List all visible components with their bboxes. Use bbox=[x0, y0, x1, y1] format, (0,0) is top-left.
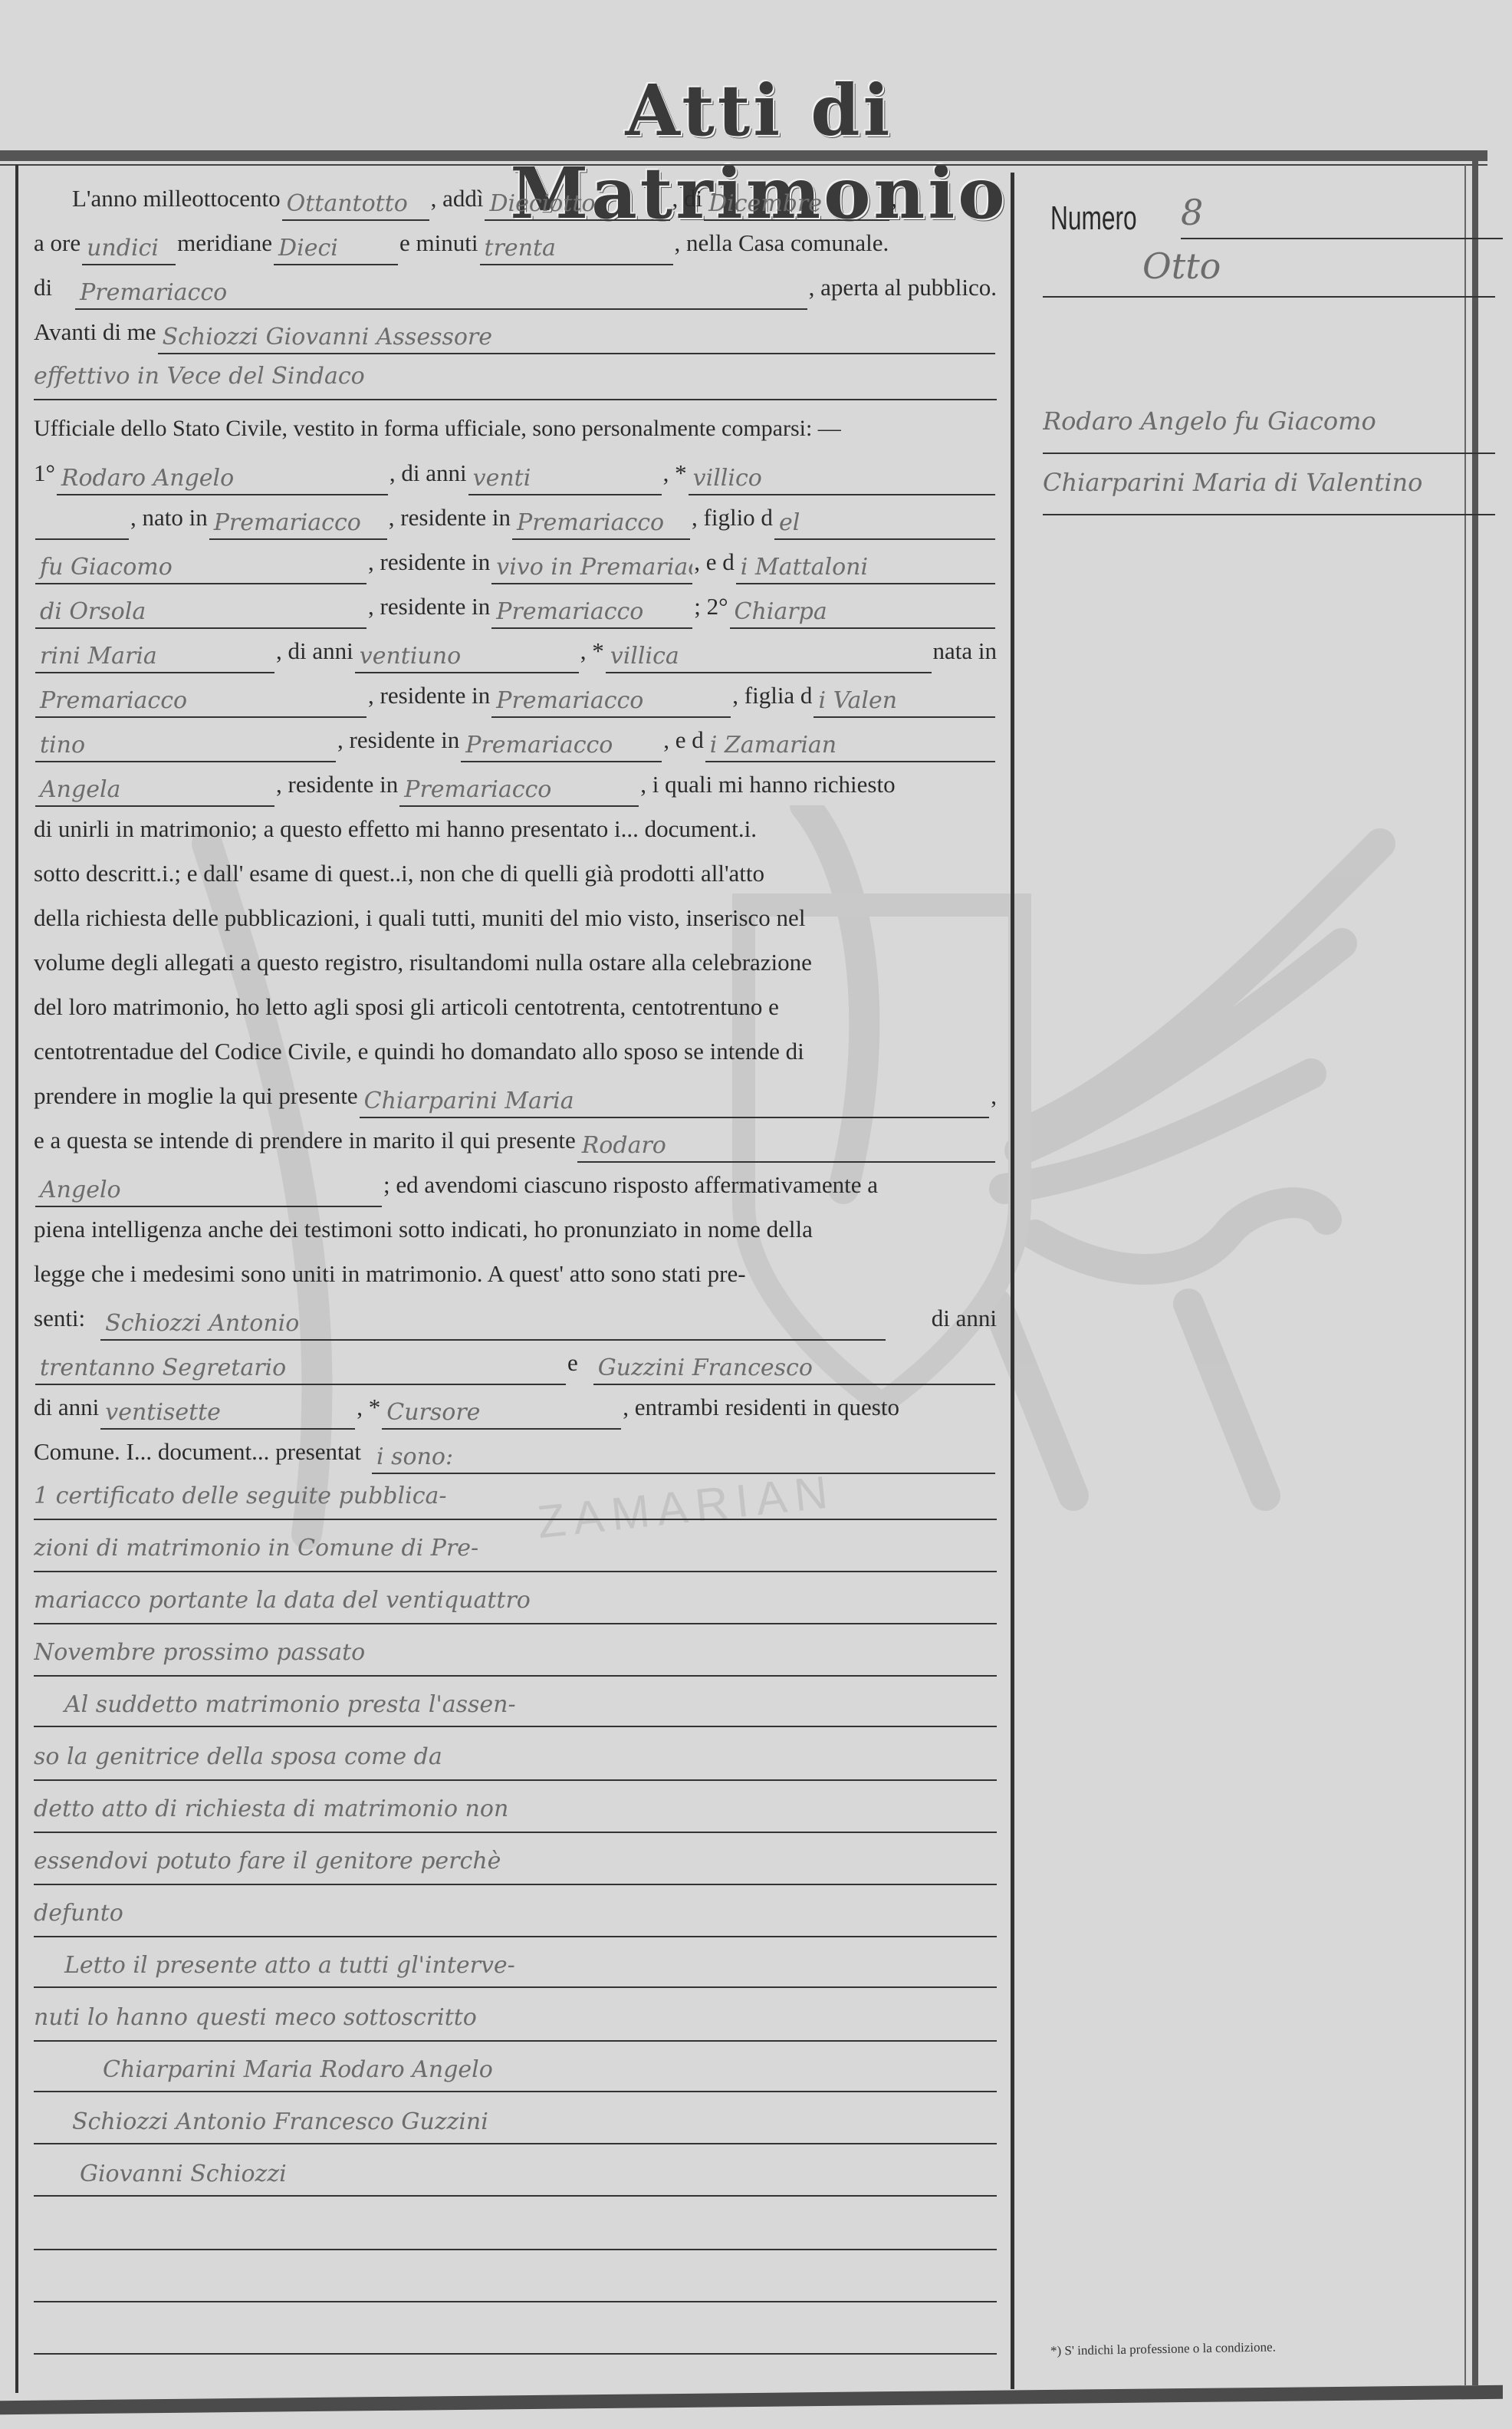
label-born: , nato in bbox=[130, 495, 208, 540]
field-bride-present[interactable]: Chiarparini Maria bbox=[360, 1086, 990, 1118]
printed-text: sotto descritt.i.; e dall' esame di ques… bbox=[34, 851, 764, 896]
form-line-witness1: senti: Schiozzi Antonio di anni bbox=[34, 1296, 997, 1341]
field-officer[interactable]: Schiozzi Giovanni Assessore bbox=[158, 322, 995, 354]
field-bride-resident[interactable]: Premariacco bbox=[491, 686, 731, 718]
note-line[interactable]: nuti lo hanno questi meco sottoscritto bbox=[34, 1996, 997, 2042]
margin-groom-name[interactable]: Rodaro Angelo fu Giacomo bbox=[1043, 406, 1495, 454]
field-witness2[interactable]: Guzzini Francesco bbox=[593, 1353, 995, 1385]
form-text-line: legge che i medesimi sono uniti in matri… bbox=[34, 1252, 997, 1296]
label-town-hall: , nella Casa comunale. bbox=[675, 221, 889, 265]
field-groom-mother[interactable]: di Orsola bbox=[35, 597, 366, 629]
field-month[interactable]: Dicembre bbox=[704, 189, 889, 221]
field-groom-resident[interactable]: Premariacco bbox=[512, 508, 690, 540]
field-meridian[interactable]: Dieci bbox=[274, 233, 398, 265]
label-month: , di bbox=[672, 176, 702, 221]
field-bride-name-a[interactable]: Chiarpa bbox=[730, 597, 995, 629]
form-line-bride-birth: Premariacco , residente in Premariacco ,… bbox=[34, 673, 997, 718]
form-line-bride: rini Maria , di anni ventiuno , * villic… bbox=[34, 629, 997, 673]
label-resident: , residente in bbox=[368, 673, 490, 718]
form-line-bride-consent: prendere in moglie la qui presente Chiar… bbox=[34, 1074, 997, 1118]
field-day[interactable]: Dieciotto bbox=[485, 189, 670, 221]
label-officer-role: Ufficiale dello Stato Civile, vestito in… bbox=[34, 406, 841, 451]
label-resident: , residente in bbox=[368, 540, 490, 584]
field-groom-mother-resident[interactable]: Premariacco bbox=[491, 597, 692, 629]
note-line[interactable]: mariacco portante la data del ventiquatt… bbox=[34, 1578, 997, 1624]
label-resident: , residente in bbox=[389, 495, 511, 540]
field-blank[interactable] bbox=[35, 508, 129, 540]
label-resident: , residente in bbox=[337, 718, 459, 762]
frame-border-top-inner bbox=[0, 164, 1487, 166]
note-line-empty[interactable] bbox=[34, 2256, 997, 2302]
signature-witnesses[interactable]: Schiozzi Antonio Francesco Guzzini bbox=[34, 2100, 997, 2144]
note-line[interactable]: detto atto di richiesta di matrimonio no… bbox=[34, 1787, 997, 1833]
field-documents[interactable]: i sono: bbox=[372, 1442, 995, 1474]
field-groom-mother-a[interactable]: i Mattaloni bbox=[736, 552, 995, 584]
comma: , bbox=[991, 1074, 997, 1118]
form-line-affirm: Angelo ; ed avendomi ciascuno risposto a… bbox=[34, 1163, 997, 1207]
label-age: di anni bbox=[932, 1296, 997, 1341]
field-municipality[interactable]: Premariacco bbox=[75, 278, 807, 310]
field-groom-father[interactable]: fu Giacomo bbox=[35, 552, 366, 584]
field-bride-mother-a[interactable]: i Zamarian bbox=[705, 730, 995, 762]
field-bride-age[interactable]: ventiuno bbox=[355, 641, 579, 673]
label-year: L'anno milleottocento bbox=[72, 176, 281, 221]
field-groom-born[interactable]: Premariacco bbox=[209, 508, 387, 540]
field-witness1[interactable]: Schiozzi Antonio bbox=[100, 1308, 886, 1341]
footnote: *) S' indichi la professione o la condiz… bbox=[1050, 2339, 1276, 2358]
form-line-groom-father: fu Giacomo , residente in vivo in Premar… bbox=[34, 540, 997, 584]
note-line[interactable]: Al suddetto matrimonio presta l'assen- bbox=[34, 1683, 997, 1727]
form-line-groom-birth: , nato in Premariacco , residente in Pre… bbox=[34, 495, 997, 540]
field-bride-born[interactable]: Premariacco bbox=[35, 686, 366, 718]
printed-text: volume degli allegati a questo registro,… bbox=[34, 940, 812, 985]
label-affirmed: ; ed avendomi ciascuno risposto affermat… bbox=[383, 1163, 878, 1207]
label-open-public: , aperta al pubblico. bbox=[809, 265, 997, 310]
form-text-line: della richiesta delle pubblicazioni, i q… bbox=[34, 896, 997, 940]
label-second: ; 2° bbox=[694, 584, 728, 629]
form-line-witness2: trentanno Segretario e Guzzini Francesco bbox=[34, 1341, 997, 1385]
note-line[interactable]: zioni di matrimonio in Comune di Pre- bbox=[34, 1526, 997, 1572]
printed-text: centotrentadue del Codice Civile, e quin… bbox=[34, 1029, 804, 1074]
signature-spouses[interactable]: Chiarparini Maria Rodaro Angelo bbox=[34, 2048, 997, 2092]
field-bride-father-a[interactable]: i Valen bbox=[814, 686, 995, 718]
form-text-line: di unirli in matrimonio; a questo effett… bbox=[34, 807, 997, 851]
label-age: di anni bbox=[34, 1385, 99, 1430]
form-line-bride-father: tino , residente in Premariacco , e d i … bbox=[34, 718, 997, 762]
label-first: 1° bbox=[34, 451, 55, 495]
form-line-groom-consent: e a questa se intende di prendere in mar… bbox=[34, 1118, 997, 1163]
field-year[interactable]: Ottantotto bbox=[282, 189, 429, 221]
field-groom-present[interactable]: Rodaro bbox=[577, 1131, 995, 1163]
form-line-officer-role: Ufficiale dello Stato Civile, vestito in… bbox=[34, 406, 997, 451]
form-line-officer: Avanti di me Schiozzi Giovanni Assessore bbox=[34, 310, 997, 354]
numero-words[interactable]: Otto bbox=[1043, 245, 1495, 298]
printed-text: legge che i medesimi sono uniti in matri… bbox=[34, 1252, 746, 1296]
field-bride-father-resident[interactable]: Premariacco bbox=[461, 730, 662, 762]
label-documents-presented: Comune. I... document... presentat bbox=[34, 1430, 361, 1474]
frame-border-top bbox=[0, 150, 1487, 161]
field-groom-age[interactable]: venti bbox=[468, 463, 662, 495]
field-minutes[interactable]: trenta bbox=[480, 233, 673, 265]
label-born-f: nata in bbox=[933, 629, 998, 673]
label-and-of: , e d bbox=[694, 540, 735, 584]
form-line-place: di Premariacco , aperta al pubblico. bbox=[34, 265, 997, 310]
field-groom-present-cont[interactable]: Angelo bbox=[35, 1175, 382, 1207]
field-groom-father-a[interactable]: el bbox=[774, 508, 995, 540]
form-line-witness2-age: di anni ventisette , * Cursore , entramb… bbox=[34, 1385, 997, 1430]
note-line[interactable]: so la genitrice della sposa come da bbox=[34, 1735, 997, 1781]
form-line-time: a ore undici meridiane Dieci e minuti tr… bbox=[34, 221, 997, 265]
label-age: , di anni bbox=[276, 629, 353, 673]
field-bride-name[interactable]: rini Maria bbox=[35, 641, 274, 673]
printed-text: del loro matrimonio, ho letto agli sposi… bbox=[34, 985, 779, 1029]
label-daughter-of: , figlia d bbox=[732, 673, 812, 718]
field-bride-mother-resident[interactable]: Premariacco bbox=[399, 775, 639, 807]
note-line[interactable]: Letto il presente atto a tutti gl'interv… bbox=[34, 1944, 997, 1988]
label-profession-mark: , * bbox=[663, 451, 687, 495]
form-line-groom-mother: di Orsola , residente in Premariacco ; 2… bbox=[34, 584, 997, 629]
label-resident: , residente in bbox=[276, 762, 398, 807]
form-line-groom: 1° Rodaro Angelo , di anni venti , * vil… bbox=[34, 451, 997, 495]
column-divider bbox=[1011, 173, 1014, 2389]
label-meridian: meridiane bbox=[177, 221, 272, 265]
note-line[interactable]: defunto bbox=[34, 1891, 997, 1937]
form-line-year: L'anno milleottocento Ottantotto , addì … bbox=[34, 176, 997, 221]
label-before-me: Avanti di me bbox=[34, 310, 156, 354]
field-officer-continued[interactable]: effettivo in Vece del Sindaco bbox=[34, 354, 997, 400]
field-hour[interactable]: undici bbox=[82, 233, 176, 265]
label-minutes: e minuti bbox=[399, 221, 478, 265]
field-witness2-profession[interactable]: Cursore bbox=[382, 1397, 621, 1430]
signature-officer[interactable]: Giovanni Schiozzi bbox=[34, 2152, 997, 2197]
field-groom-profession[interactable]: villico bbox=[689, 463, 995, 495]
margin-bride-name[interactable]: Chiarparini Maria di Valentino bbox=[1043, 468, 1495, 515]
note-line[interactable]: 1 certificato delle seguite pubblica- bbox=[34, 1474, 997, 1520]
label-hour: a ore bbox=[34, 221, 81, 265]
numero-value[interactable]: 8 bbox=[1181, 192, 1503, 239]
form-text-line: volume degli allegati a questo registro,… bbox=[34, 940, 997, 985]
field-bride-profession[interactable]: villica bbox=[606, 641, 932, 673]
label-both-resident: , entrambi residenti in questo bbox=[623, 1385, 899, 1430]
field-witness2-age[interactable]: ventisette bbox=[100, 1397, 355, 1430]
label-and: e bbox=[567, 1341, 578, 1385]
label-day: , addì bbox=[431, 176, 484, 221]
frame-border-bottom bbox=[0, 2385, 1503, 2415]
label-requested: , i quali mi hanno richiesto bbox=[640, 762, 895, 807]
field-groom-father-resident[interactable]: vivo in Premariacco bbox=[491, 552, 692, 584]
form-text-line: piena intelligenza anche dei testimoni s… bbox=[34, 1207, 997, 1252]
label-take-husband: e a questa se intende di prendere in mar… bbox=[34, 1118, 576, 1163]
label-son-of: , figlio d bbox=[692, 495, 773, 540]
form-line-documents: Comune. I... document... presentat i son… bbox=[34, 1430, 997, 1474]
form-line-bride-mother: Angela , residente in Premariacco , i qu… bbox=[34, 762, 997, 807]
label-of: di bbox=[34, 265, 52, 310]
label-profession-mark: , * bbox=[580, 629, 604, 673]
printed-text: piena intelligenza anche dei testimoni s… bbox=[34, 1207, 813, 1252]
field-bride-mother[interactable]: Angela bbox=[35, 775, 274, 807]
note-line-empty[interactable] bbox=[34, 2204, 997, 2250]
field-bride-father[interactable]: tino bbox=[35, 730, 336, 762]
frame-border-left bbox=[15, 165, 18, 2393]
form-text-line: sotto descritt.i.; e dall' esame di ques… bbox=[34, 851, 997, 896]
field-witness1-age-profession[interactable]: trentanno Segretario bbox=[35, 1353, 566, 1385]
label-age: , di anni bbox=[390, 451, 467, 495]
comma: , bbox=[891, 176, 897, 221]
label-take-wife: prendere in moglie la qui presente bbox=[34, 1074, 358, 1118]
note-line-empty[interactable] bbox=[34, 2309, 997, 2355]
note-line[interactable]: essendovi potuto fare il genitore perchè bbox=[34, 1839, 997, 1885]
printed-text: della richiesta delle pubblicazioni, i q… bbox=[34, 896, 805, 940]
label-present: senti: bbox=[34, 1296, 85, 1341]
field-groom-name[interactable]: Rodaro Angelo bbox=[57, 463, 388, 495]
printed-text: di unirli in matrimonio; a questo effett… bbox=[34, 807, 757, 851]
form-text-line: centotrentadue del Codice Civile, e quin… bbox=[34, 1029, 997, 1074]
label-resident: , residente in bbox=[368, 584, 490, 629]
register-page: ZAMARIAN Atti di Matrimonio L'anno mille… bbox=[0, 0, 1512, 2429]
label-and-of: , e d bbox=[663, 718, 704, 762]
numero-label: Numero bbox=[1050, 199, 1137, 238]
note-line[interactable]: Novembre prossimo passato bbox=[34, 1631, 997, 1677]
form-text-line: del loro matrimonio, ho letto agli sposi… bbox=[34, 985, 997, 1029]
label-profession-mark: , * bbox=[357, 1385, 380, 1430]
